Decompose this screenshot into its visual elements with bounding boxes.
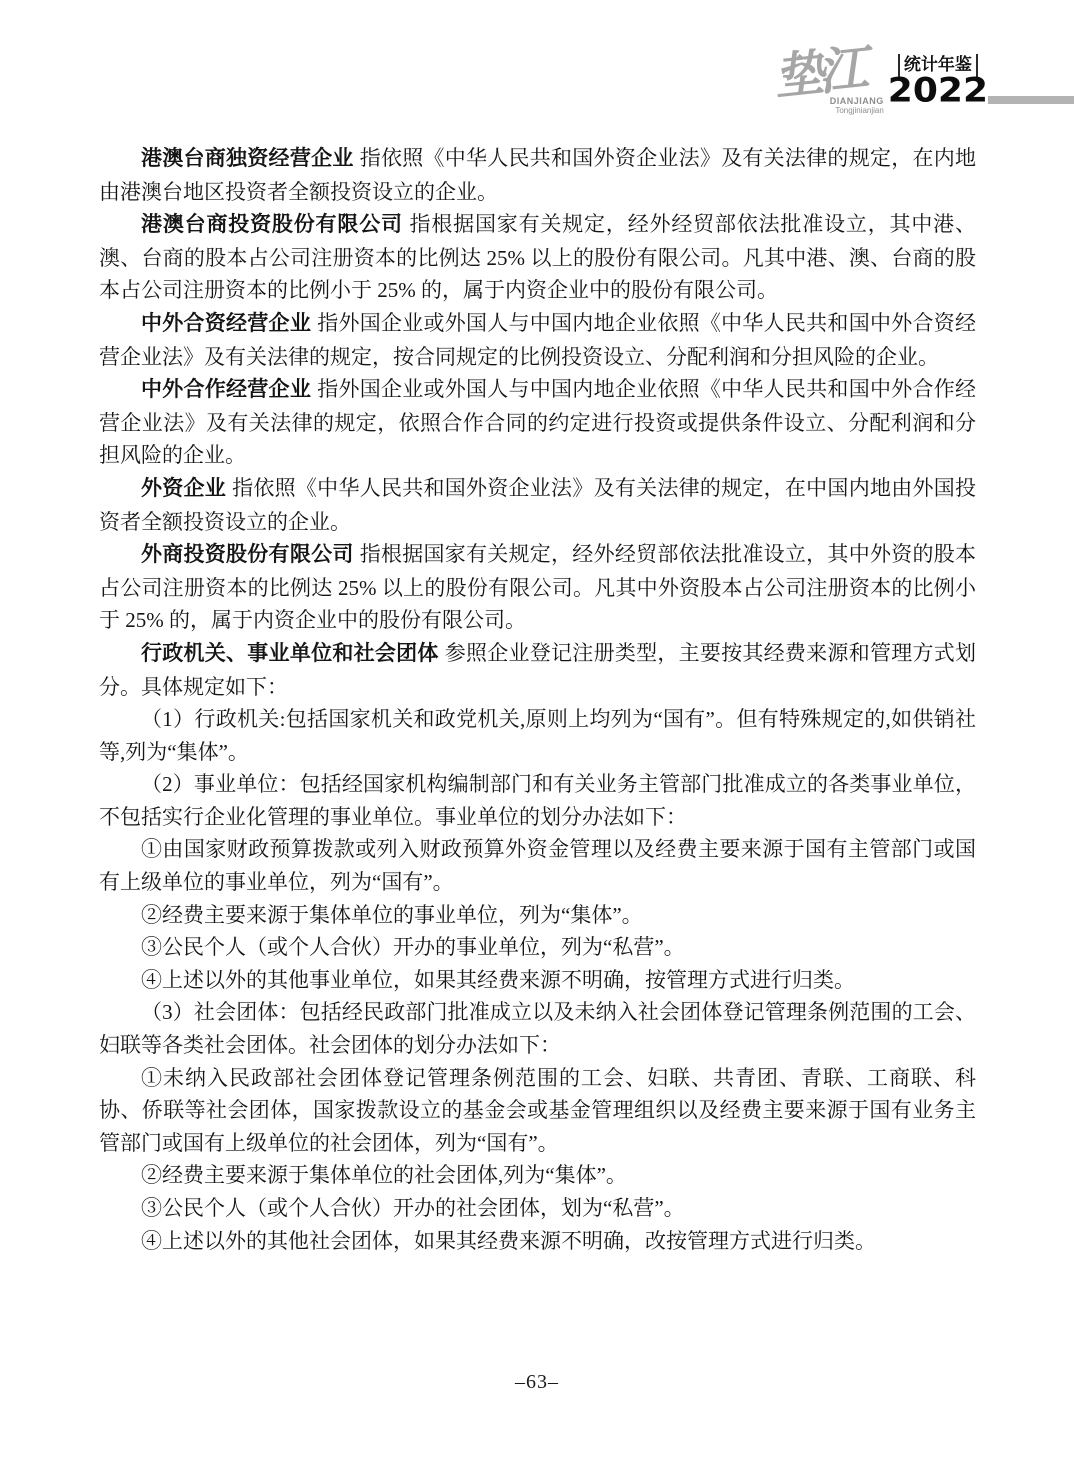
paragraph-text: ③公民个人（或个人合伙）开办的事业单位，列为“私营”。 (141, 935, 685, 959)
paragraph: ③公民个人（或个人合伙）开办的社会团体，划为“私营”。 (99, 1192, 976, 1225)
paragraph: ④上述以外的其他社会团体，如果其经费来源不明确，改按管理方式进行归类。 (99, 1225, 976, 1258)
paragraph: 港澳台商投资股份有限公司 指根据国家有关规定，经外经贸部依法批准设立，其中港、澳… (99, 208, 976, 307)
paragraph-text: ②经费主要来源于集体单位的社会团体,列为“集体”。 (141, 1163, 627, 1187)
brand-latin-block: DIANJIANG Tongjinianjian (830, 97, 884, 116)
brand-latin-subname: Tongjinianjian (830, 107, 884, 116)
term-label: 中外合资经营企业 (141, 312, 317, 335)
paragraph-text: ①未纳入民政部社会团体登记管理条例范围的工会、妇联、共青团、青联、工商联、科协、… (99, 1066, 976, 1155)
paragraph: ④上述以外的其他事业单位，如果其经费来源不明确，按管理方式进行归类。 (99, 964, 976, 997)
header-divider-bar (988, 96, 1074, 104)
definitions-text: 港澳台商独资经营企业 指依照《中华人民共和国外资企业法》及有关法律的规定，在内地… (99, 142, 976, 1257)
yearbook-block: 统计年鉴 2022 (888, 54, 988, 106)
paragraph: 外资企业 指依照《中华人民共和国外资企业法》及有关法律的规定，在中国内地由外国投… (99, 472, 976, 538)
paragraph-text: ④上述以外的其他社会团体，如果其经费来源不明确，改按管理方式进行归类。 (141, 1229, 876, 1253)
term-label: 港澳台商独资经营企业 (141, 147, 360, 170)
paragraph-text: ④上述以外的其他事业单位，如果其经费来源不明确，按管理方式进行归类。 (141, 968, 855, 992)
paragraph-text: ①由国家财政预算拨款或列入财政预算外资金管理以及经费主要来源于国有主管部门或国有… (99, 837, 976, 894)
yearbook-page: 垫江 DIANJIANG Tongjinianjian 统计年鉴 2022 港澳… (0, 0, 1074, 1458)
page-footer: –63– (0, 1371, 1074, 1394)
term-label: 外资企业 (141, 477, 232, 500)
paragraph-text: （3）社会团体：包括经民政部门批准成立以及未纳入社会团体登记管理条例范围的工会、… (99, 1000, 976, 1057)
paragraph-text: （1）行政机关:包括国家机关和政党机关,原则上均列为“国有”。但有特殊规定的,如… (99, 707, 976, 764)
term-label: 港澳台商投资股份有限公司 (141, 213, 410, 236)
paragraph: 中外合资经营企业 指外国企业或外国人与中国内地企业依照《中华人民共和国中外合资经… (99, 307, 976, 373)
paragraph-text: （2）事业单位：包括经国家机构编制部门和有关业务主管部门批准成立的各类事业单位，… (99, 772, 976, 829)
term-label: 行政机关、事业单位和社会团体 (141, 642, 445, 665)
paragraph: 港澳台商独资经营企业 指依照《中华人民共和国外资企业法》及有关法律的规定，在内地… (99, 142, 976, 208)
paragraph: 中外合作经营企业 指外国企业或外国人与中国内地企业依照《中华人民共和国中外合作经… (99, 373, 976, 472)
term-label: 中外合作经营企业 (141, 378, 317, 401)
paragraph: （3）社会团体：包括经民政部门批准成立以及未纳入社会团体登记管理条例范围的工会、… (99, 996, 976, 1061)
paragraph: ②经费主要来源于集体单位的事业单位，列为“集体”。 (99, 899, 976, 932)
term-label: 外商投资股份有限公司 (141, 543, 360, 566)
brand-calligraphy-dianjiang: 垫江 (771, 44, 864, 103)
paragraph-text: ②经费主要来源于集体单位的事业单位，列为“集体”。 (141, 903, 643, 927)
yearbook-year: 2022 (888, 77, 988, 105)
paragraph: ①未纳入民政部社会团体登记管理条例范围的工会、妇联、共青团、青联、工商联、科协、… (99, 1062, 976, 1160)
paragraph: 外商投资股份有限公司 指根据国家有关规定，经外经贸部依法批准设立，其中外资的股本… (99, 538, 976, 637)
paragraph-text: ③公民个人（或个人合伙）开办的社会团体，划为“私营”。 (141, 1196, 685, 1220)
paragraph: 行政机关、事业单位和社会团体 参照企业登记注册类型，主要按其经费来源和管理方式划… (99, 637, 976, 703)
paragraph: （1）行政机关:包括国家机关和政党机关,原则上均列为“国有”。但有特殊规定的,如… (99, 703, 976, 768)
paragraph: ①由国家财政预算拨款或列入财政预算外资金管理以及经费主要来源于国有主管部门或国有… (99, 833, 976, 898)
brand-logo: 垫江 DIANJIANG Tongjinianjian (774, 54, 886, 124)
page-header: 垫江 DIANJIANG Tongjinianjian 统计年鉴 2022 (0, 54, 1074, 126)
paragraph: ②经费主要来源于集体单位的社会团体,列为“集体”。 (99, 1159, 976, 1192)
paragraph: ③公民个人（或个人合伙）开办的事业单位，列为“私营”。 (99, 931, 976, 964)
page-number: –63– (515, 1371, 559, 1393)
paragraph: （2）事业单位：包括经国家机构编制部门和有关业务主管部门批准成立的各类事业单位，… (99, 768, 976, 833)
